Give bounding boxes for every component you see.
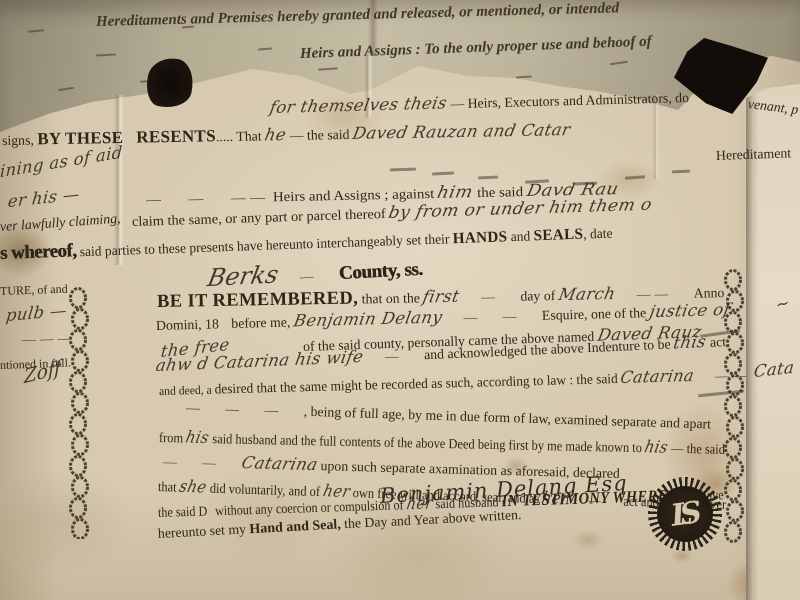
printed-text: — the said bbox=[286, 127, 353, 143]
dash-fill: —— bbox=[615, 286, 694, 302]
printed-text: the said bbox=[473, 184, 527, 200]
seal-disk: LS bbox=[657, 486, 713, 542]
dash-fill: —— bbox=[694, 368, 750, 384]
printed-text: Hereditament bbox=[716, 145, 792, 163]
printed-text: and bbox=[507, 228, 534, 244]
printed-text: — the said bbox=[668, 441, 725, 457]
printed-text: ..... That bbox=[216, 128, 265, 144]
seal-monogram: LS bbox=[668, 496, 691, 533]
handwritten-text: his bbox=[184, 428, 211, 447]
printed-text: and deed, a bbox=[159, 383, 215, 398]
gothic-text: s whereof, bbox=[0, 240, 77, 264]
handwritten-text: justice of bbox=[648, 300, 732, 321]
dash-fill: — — —— bbox=[146, 189, 270, 207]
dash-fill: — — bbox=[442, 308, 542, 326]
handwritten-text: Daved Rauzan and Catar bbox=[351, 120, 572, 143]
handwritten-text: first bbox=[421, 287, 461, 307]
printed-text: before me, bbox=[228, 314, 294, 331]
printed-text: signs, bbox=[2, 132, 38, 148]
printed-text: the said D bbox=[158, 503, 208, 520]
handwritten-text: ~ bbox=[775, 292, 790, 315]
printed-text: , date bbox=[583, 226, 613, 242]
gothic-text: County, ss. bbox=[338, 259, 423, 284]
handwritten-text: his bbox=[643, 437, 670, 456]
margin-flourish: ~ bbox=[774, 293, 793, 315]
handwritten-text: she bbox=[178, 477, 209, 497]
printed-text: Domini, 18 bbox=[156, 316, 219, 333]
handwritten-text: he bbox=[263, 125, 288, 144]
printed-text: day of bbox=[520, 288, 559, 304]
handwritten-text: this bbox=[672, 332, 708, 353]
handwritten-text: him bbox=[436, 182, 475, 202]
dash-fill: — bbox=[363, 347, 424, 365]
dash-fill: — bbox=[278, 267, 339, 285]
deed-word-hereditament: Hereditament bbox=[716, 145, 792, 164]
handwritten-text: Catarina bbox=[619, 366, 696, 387]
dash-fill: — — — bbox=[186, 400, 304, 419]
handwritten-county-name: Berks bbox=[205, 260, 281, 292]
handwritten-text: Catarina bbox=[239, 453, 319, 474]
printed-text: Esquire, one of the bbox=[542, 305, 650, 323]
dash-fill: — bbox=[460, 289, 521, 305]
dash-fill: — — bbox=[163, 454, 242, 471]
printed-text: RESENTS bbox=[136, 126, 216, 146]
dash-fill: ——— bbox=[22, 330, 76, 347]
document-photo: Hereditaments and Premises hereby grante… bbox=[0, 0, 800, 600]
printed-text: TURE, of and bbox=[0, 282, 68, 298]
printed-text: act bbox=[706, 334, 726, 350]
notary-seal: LS bbox=[648, 477, 722, 551]
handwritten-justice-name: Benjamin Delany bbox=[292, 307, 444, 330]
printed-text: SEALS bbox=[533, 226, 583, 245]
printed-text: BE IT REMEMBERED, bbox=[157, 288, 359, 312]
printed-text: HANDS bbox=[452, 228, 507, 247]
margin-dash: ——— bbox=[22, 330, 76, 348]
printed-text: that on the bbox=[358, 290, 423, 306]
printed-text: that bbox=[158, 479, 180, 495]
margin-print: TURE, of and bbox=[0, 281, 68, 299]
handwritten-text: March bbox=[557, 284, 617, 304]
printed-text: Anno bbox=[694, 285, 725, 301]
printed-text: from bbox=[159, 430, 187, 446]
left-chain-border-ornament bbox=[67, 287, 91, 539]
